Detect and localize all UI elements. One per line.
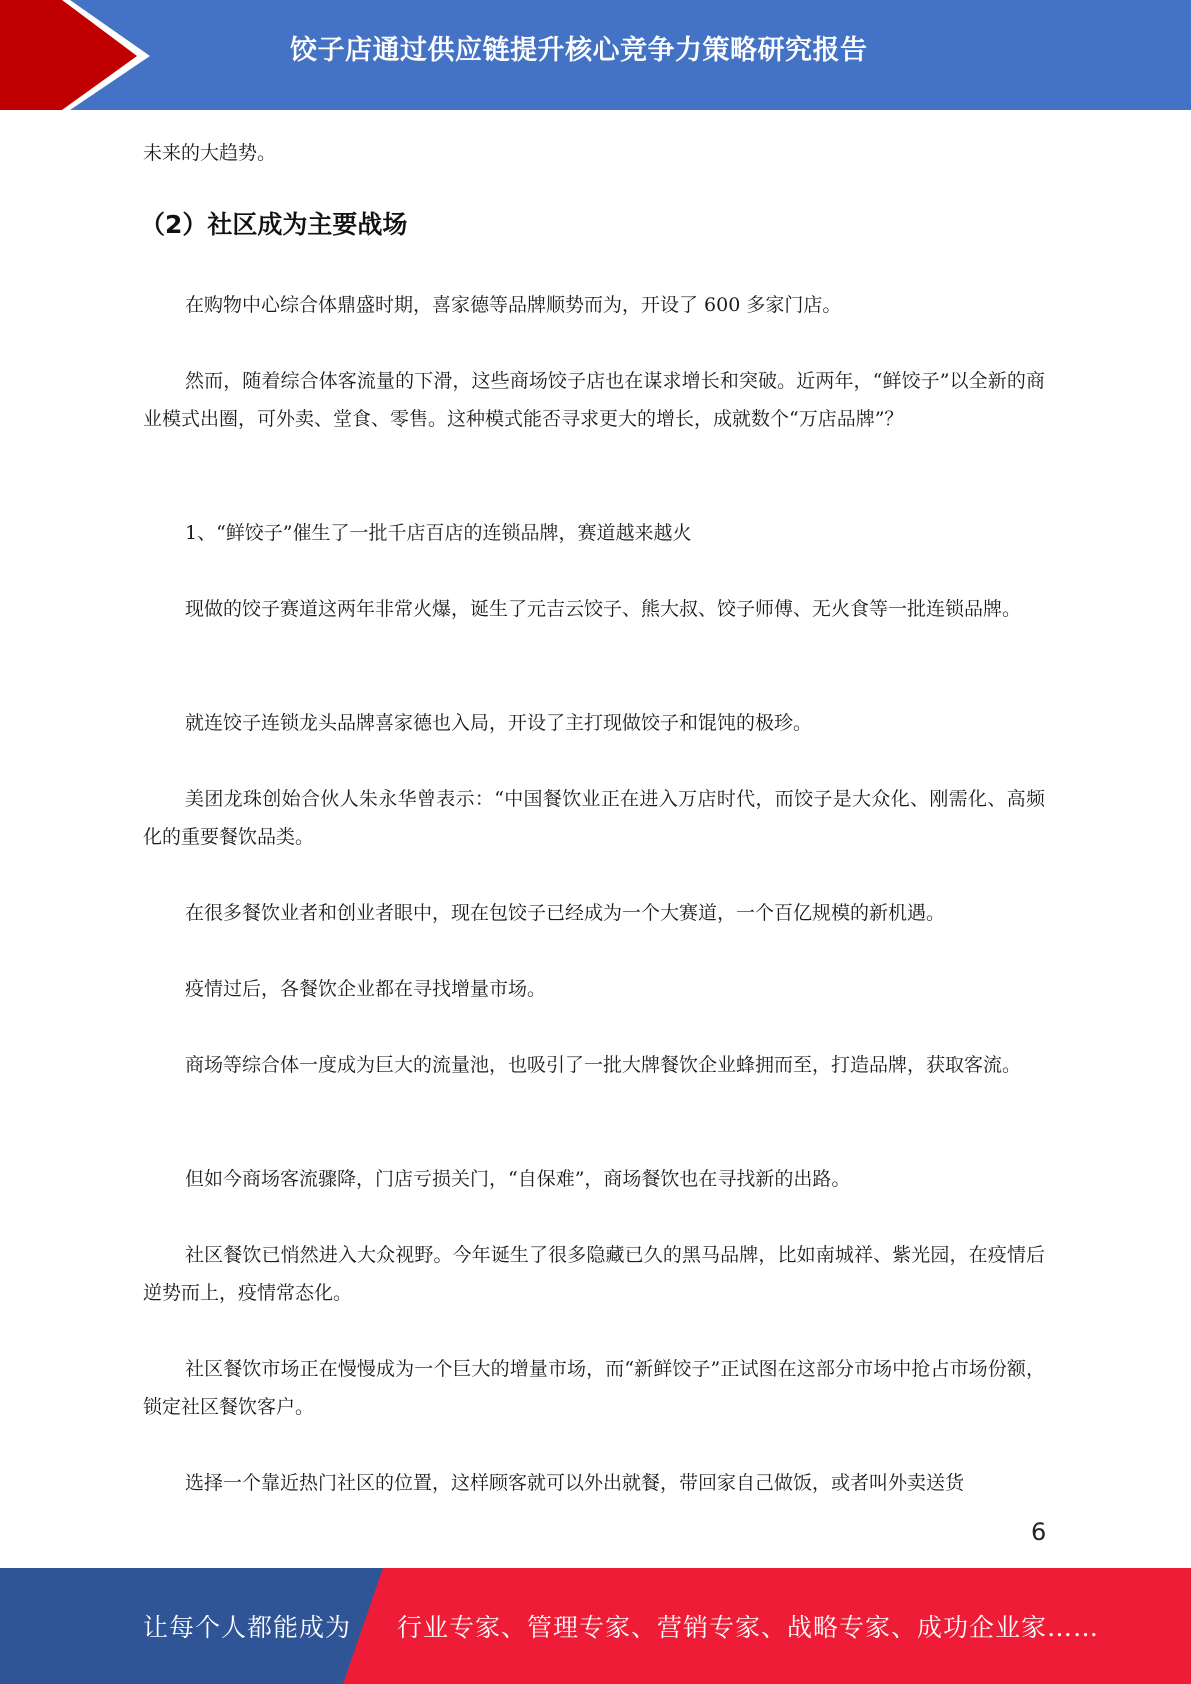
paragraph: 美团龙珠创始合伙人朱永华曾表示：“中国餐饮业正在进入万店时代，而饺子是大众化、刚… [143, 780, 1045, 856]
footer-slogan-left: 让每个人都能成为 [143, 1608, 351, 1644]
header-arrow-icon [0, 0, 160, 110]
page-number: 6 [1031, 1518, 1046, 1546]
footer-slogan-right: 行业专家、管理专家、营销专家、战略专家、成功企业家…… [397, 1608, 1099, 1644]
paragraph: 在很多餐饮业者和创业者眼中，现在包饺子已经成为一个大赛道，一个百亿规模的新机遇。 [143, 894, 1045, 932]
page-header: 饺子店通过供应链提升核心竞争力策略研究报告 [0, 0, 1191, 110]
paragraph: 社区餐饮已悄然进入大众视野。今年诞生了很多隐藏已久的黑马品牌，比如南城祥、紫光园… [143, 1236, 1045, 1312]
paragraph: 社区餐饮市场正在慢慢成为一个巨大的增量市场，而“新鲜饺子”正试图在这部分市场中抢… [143, 1350, 1045, 1426]
paragraph: 现做的饺子赛道这两年非常火爆，诞生了元吉云饺子、熊大叔、饺子师傅、无火食等一批连… [143, 590, 1045, 628]
paragraph: 但如今商场客流骤降，门店亏损关门，“自保难”，商场餐饮也在寻找新的出路。 [143, 1160, 1045, 1198]
continuation-text: 未来的大趋势。 [143, 134, 1045, 172]
paragraph: 在购物中心综合体鼎盛时期，喜家德等品牌顺势而为，开设了 600 多家门店。 [143, 286, 1045, 324]
paragraph: 然而，随着综合体客流量的下滑，这些商场饺子店也在谋求增长和突破。近两年，“鲜饺子… [143, 362, 1045, 438]
paragraph: 选择一个靠近热门社区的位置，这样顾客就可以外出就餐，带回家自己做饭，或者叫外卖送… [143, 1464, 1045, 1502]
paragraph: 就连饺子连锁龙头品牌喜家德也入局，开设了主打现做饺子和馄饨的极珍。 [143, 704, 1045, 742]
section-heading: （2）社区成为主要战场 [140, 208, 407, 242]
page-footer: 让每个人都能成为 行业专家、管理专家、营销专家、战略专家、成功企业家…… [0, 1568, 1191, 1684]
paragraph: 商场等综合体一度成为巨大的流量池，也吸引了一批大牌餐饮企业蜂拥而至，打造品牌，获… [143, 1046, 1045, 1084]
paragraph: 1、“鲜饺子”催生了一批千店百店的连锁品牌，赛道越来越火 [143, 514, 1045, 552]
paragraph: 疫情过后，各餐饮企业都在寻找增量市场。 [143, 970, 1045, 1008]
report-title: 饺子店通过供应链提升核心竞争力策略研究报告 [290, 28, 868, 67]
